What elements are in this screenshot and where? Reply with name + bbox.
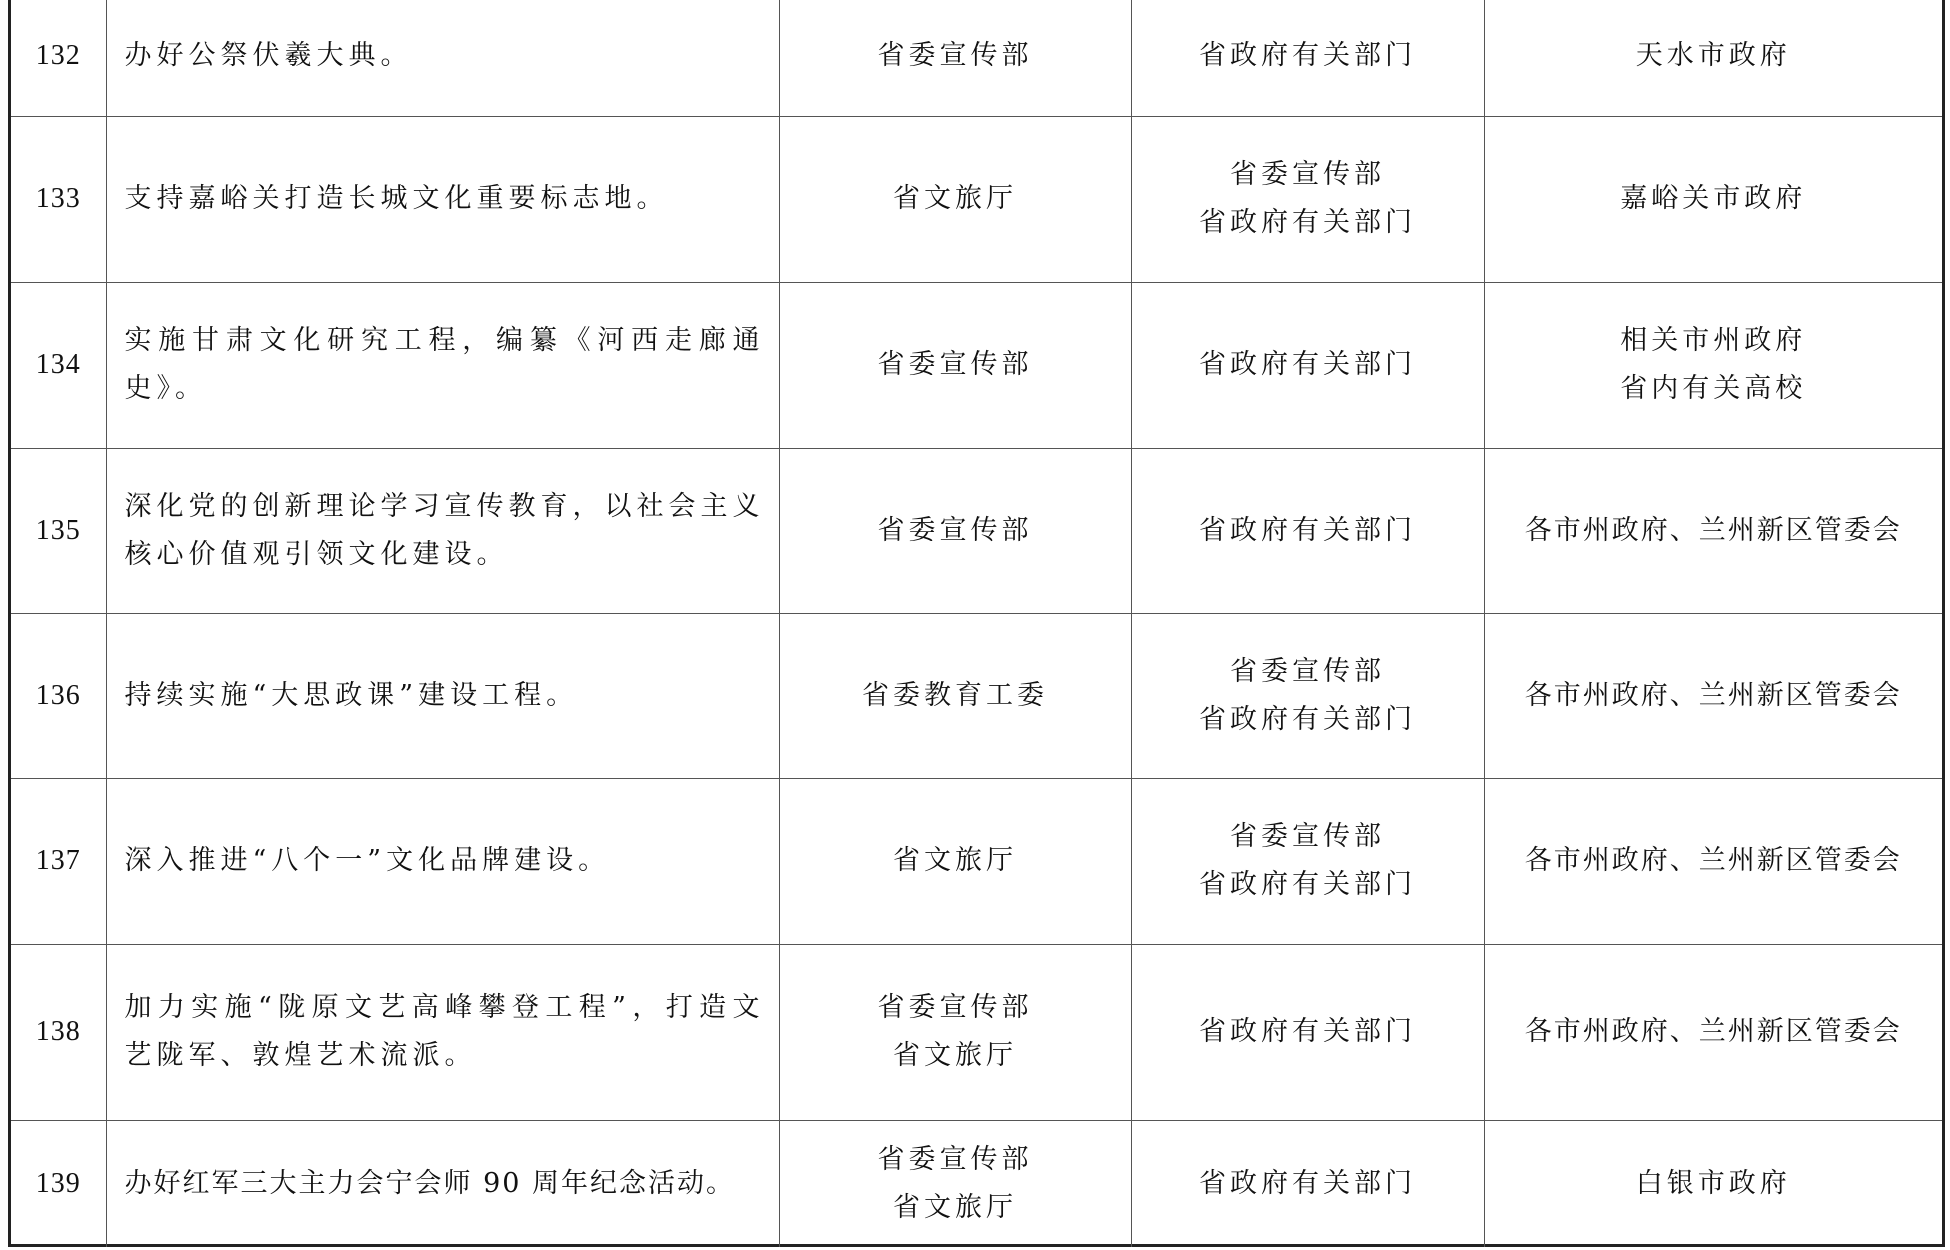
cooperating-unit-line: 省政府有关部门: [1132, 861, 1484, 909]
row-number: 135: [11, 448, 106, 613]
table-row: 135 深化党的创新理论学习宣传教育，以社会主义核心价值观引领文化建设。 省委宣…: [11, 448, 1942, 613]
lead-unit-line: 省文旅厅: [780, 1032, 1131, 1080]
cooperating-unit-line: 省政府有关部门: [1132, 341, 1484, 389]
cooperating-unit-line: 省政府有关部门: [1132, 1160, 1484, 1208]
task-description: 加力实施“陇原文艺高峰攀登工程”，打造文艺陇军、敦煌艺术流派。: [106, 944, 779, 1120]
table-row: 134 实施甘肃文化研究工程，编纂《河西走廊通史》。 省委宣传部 省政府有关部门…: [11, 282, 1942, 448]
lead-unit: 省文旅厅: [779, 116, 1131, 282]
task-description: 实施甘肃文化研究工程，编纂《河西走廊通史》。: [106, 282, 779, 448]
row-number: 134: [11, 282, 106, 448]
row-number: 139: [11, 1120, 106, 1247]
responsible-unit: 各市州政府、兰州新区管委会: [1484, 944, 1942, 1120]
table-row: 132 办好公祭伏羲大典。 省委宣传部 省政府有关部门 天水市政府: [11, 0, 1942, 116]
task-description: 深入推进“八个一”文化品牌建设。: [106, 778, 779, 944]
row-number: 136: [11, 613, 106, 778]
cooperating-unit: 省委宣传部 省政府有关部门: [1131, 116, 1484, 282]
table-row: 139 办好红军三大主力会宁会师 90 周年纪念活动。 省委宣传部 省文旅厅 省…: [11, 1120, 1942, 1247]
responsible-unit-line: 天水市政府: [1485, 32, 1943, 80]
responsible-unit-line: 省内有关高校: [1485, 365, 1943, 413]
lead-unit-line: 省文旅厅: [780, 837, 1131, 885]
lead-unit-line: 省委宣传部: [780, 1136, 1131, 1184]
task-description: 深化党的创新理论学习宣传教育，以社会主义核心价值观引领文化建设。: [106, 448, 779, 613]
cooperating-unit-line: 省政府有关部门: [1132, 1008, 1484, 1056]
lead-unit: 省委宣传部: [779, 448, 1131, 613]
row-number: 138: [11, 944, 106, 1120]
cooperating-unit: 省政府有关部门: [1131, 1120, 1484, 1247]
lead-unit-line: 省委宣传部: [780, 984, 1131, 1032]
responsible-unit-line: 相关市州政府: [1485, 317, 1943, 365]
lead-unit-line: 省文旅厅: [780, 175, 1131, 223]
responsible-unit-line: 白银市政府: [1485, 1160, 1943, 1208]
responsible-unit: 各市州政府、兰州新区管委会: [1484, 613, 1942, 778]
responsible-unit: 各市州政府、兰州新区管委会: [1484, 778, 1942, 944]
table-row: 138 加力实施“陇原文艺高峰攀登工程”，打造文艺陇军、敦煌艺术流派。 省委宣传…: [11, 944, 1942, 1120]
task-assignment-table: 132 办好公祭伏羲大典。 省委宣传部 省政府有关部门 天水市政府 133 支持…: [11, 0, 1942, 1247]
responsible-unit: 相关市州政府 省内有关高校: [1484, 282, 1942, 448]
task-description: 支持嘉峪关打造长城文化重要标志地。: [106, 116, 779, 282]
task-description: 持续实施“大思政课”建设工程。: [106, 613, 779, 778]
lead-unit: 省委宣传部: [779, 282, 1131, 448]
cooperating-unit: 省政府有关部门: [1131, 944, 1484, 1120]
responsible-unit-line: 嘉峪关市政府: [1485, 175, 1943, 223]
task-description: 办好红军三大主力会宁会师 90 周年纪念活动。: [106, 1120, 779, 1247]
cooperating-unit-line: 省委宣传部: [1132, 813, 1484, 861]
cooperating-unit-line: 省委宣传部: [1132, 648, 1484, 696]
lead-unit: 省文旅厅: [779, 778, 1131, 944]
responsible-unit: 白银市政府: [1484, 1120, 1942, 1247]
responsible-unit: 各市州政府、兰州新区管委会: [1484, 448, 1942, 613]
lead-unit: 省委教育工委: [779, 613, 1131, 778]
responsible-unit-line: 各市州政府、兰州新区管委会: [1485, 507, 1943, 555]
cooperating-unit-line: 省委宣传部: [1132, 151, 1484, 199]
cooperating-unit: 省委宣传部 省政府有关部门: [1131, 778, 1484, 944]
table-row: 133 支持嘉峪关打造长城文化重要标志地。 省文旅厅 省委宣传部 省政府有关部门…: [11, 116, 1942, 282]
cooperating-unit: 省委宣传部 省政府有关部门: [1131, 613, 1484, 778]
cooperating-unit-line: 省政府有关部门: [1132, 32, 1484, 80]
responsible-unit: 天水市政府: [1484, 0, 1942, 116]
table-row: 136 持续实施“大思政课”建设工程。 省委教育工委 省委宣传部 省政府有关部门…: [11, 613, 1942, 778]
lead-unit-line: 省委教育工委: [780, 672, 1131, 720]
row-number: 133: [11, 116, 106, 282]
lead-unit-line: 省委宣传部: [780, 32, 1131, 80]
cooperating-unit-line: 省政府有关部门: [1132, 696, 1484, 744]
cooperating-unit: 省政府有关部门: [1131, 0, 1484, 116]
responsible-unit-line: 各市州政府、兰州新区管委会: [1485, 837, 1943, 885]
cooperating-unit-line: 省政府有关部门: [1132, 199, 1484, 247]
lead-unit-line: 省委宣传部: [780, 341, 1131, 389]
responsible-unit-line: 各市州政府、兰州新区管委会: [1485, 672, 1943, 720]
cooperating-unit: 省政府有关部门: [1131, 448, 1484, 613]
task-table-container: 132 办好公祭伏羲大典。 省委宣传部 省政府有关部门 天水市政府 133 支持…: [8, 0, 1945, 1247]
row-number: 137: [11, 778, 106, 944]
cooperating-unit-line: 省政府有关部门: [1132, 507, 1484, 555]
lead-unit-line: 省文旅厅: [780, 1184, 1131, 1232]
responsible-unit: 嘉峪关市政府: [1484, 116, 1942, 282]
lead-unit-line: 省委宣传部: [780, 507, 1131, 555]
lead-unit: 省委宣传部: [779, 0, 1131, 116]
task-description: 办好公祭伏羲大典。: [106, 0, 779, 116]
table-row: 137 深入推进“八个一”文化品牌建设。 省文旅厅 省委宣传部 省政府有关部门 …: [11, 778, 1942, 944]
lead-unit: 省委宣传部 省文旅厅: [779, 1120, 1131, 1247]
responsible-unit-line: 各市州政府、兰州新区管委会: [1485, 1008, 1943, 1056]
lead-unit: 省委宣传部 省文旅厅: [779, 944, 1131, 1120]
cooperating-unit: 省政府有关部门: [1131, 282, 1484, 448]
row-number: 132: [11, 0, 106, 116]
